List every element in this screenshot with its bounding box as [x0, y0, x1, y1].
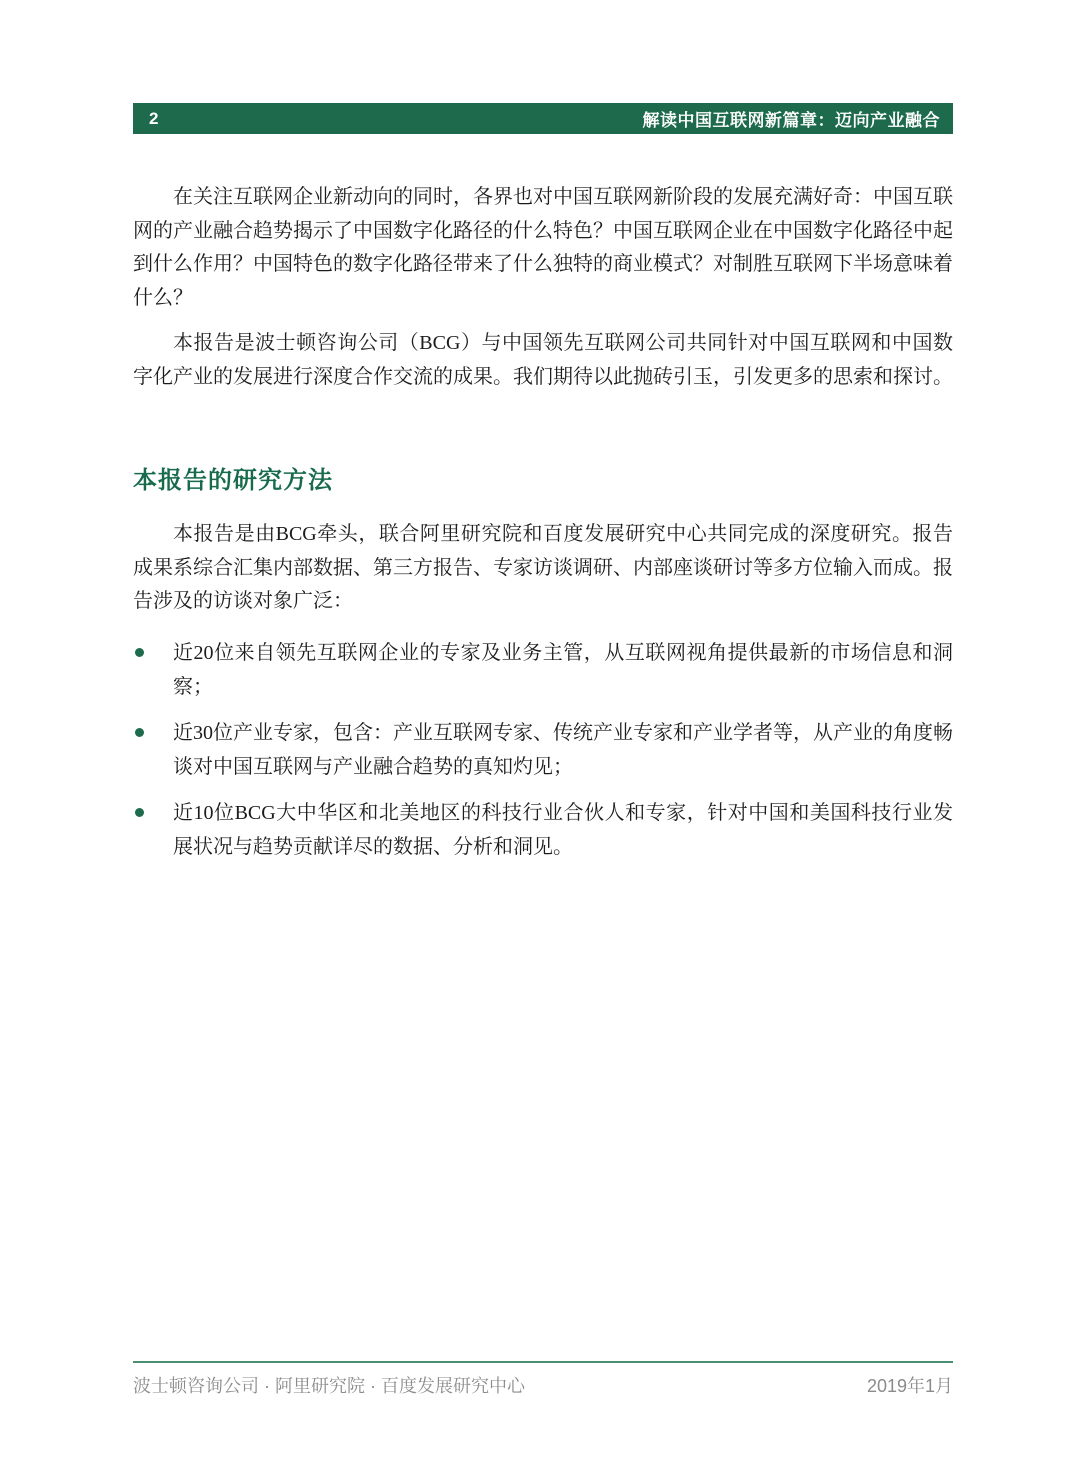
- list-item: 近20位来自领先互联网企业的专家及业务主管，从互联网视角提供最新的市场信息和洞察…: [133, 637, 953, 704]
- running-header-title: 解读中国互联网新篇章：迈向产业融合: [643, 106, 941, 131]
- list-item-text: 近10位BCG大中华区和北美地区的科技行业合伙人和专家，针对中国和美国科技行业发…: [173, 802, 953, 858]
- bullet-dot-icon: [135, 808, 144, 817]
- bullet-dot-icon: [135, 648, 144, 657]
- report-page: 2 解读中国互联网新篇章：迈向产业融合 在关注互联网企业新动向的同时，各界也对中…: [0, 0, 1080, 1464]
- page-number: 2: [149, 109, 159, 129]
- footer-authors: 波士顿咨询公司 · 阿里研究院 · 百度发展研究中心: [133, 1372, 525, 1398]
- bullet-dot-icon: [135, 728, 144, 737]
- paragraph-report-origin: 本报告是波士顿咨询公司（BCG）与中国领先互联网公司共同针对中国互联网和中国数字…: [133, 327, 953, 394]
- list-item-text: 近20位来自领先互联网企业的专家及业务主管，从互联网视角提供最新的市场信息和洞察…: [173, 642, 953, 698]
- list-item-text: 近30位产业专家，包含：产业互联网专家、传统产业专家和产业学者等，从产业的角度畅…: [173, 722, 953, 778]
- list-item: 近30位产业专家，包含：产业互联网专家、传统产业专家和产业学者等，从产业的角度畅…: [133, 717, 953, 784]
- page-header-bar: 2 解读中国互联网新篇章：迈向产业融合: [133, 103, 953, 134]
- footer-date: 2019年1月: [867, 1372, 953, 1398]
- paragraph-method-intro: 本报告是由BCG牵头，联合阿里研究院和百度发展研究中心共同完成的深度研究。报告成…: [133, 518, 953, 619]
- section-heading-research-method: 本报告的研究方法: [133, 460, 953, 495]
- list-item: 近10位BCG大中华区和北美地区的科技行业合伙人和专家，针对中国和美国科技行业发…: [133, 797, 953, 864]
- paragraph-questions: 在关注互联网企业新动向的同时，各界也对中国互联网新阶段的发展充满好奇：中国互联网…: [133, 181, 953, 315]
- page-footer: 波士顿咨询公司 · 阿里研究院 · 百度发展研究中心 2019年1月: [133, 1361, 953, 1398]
